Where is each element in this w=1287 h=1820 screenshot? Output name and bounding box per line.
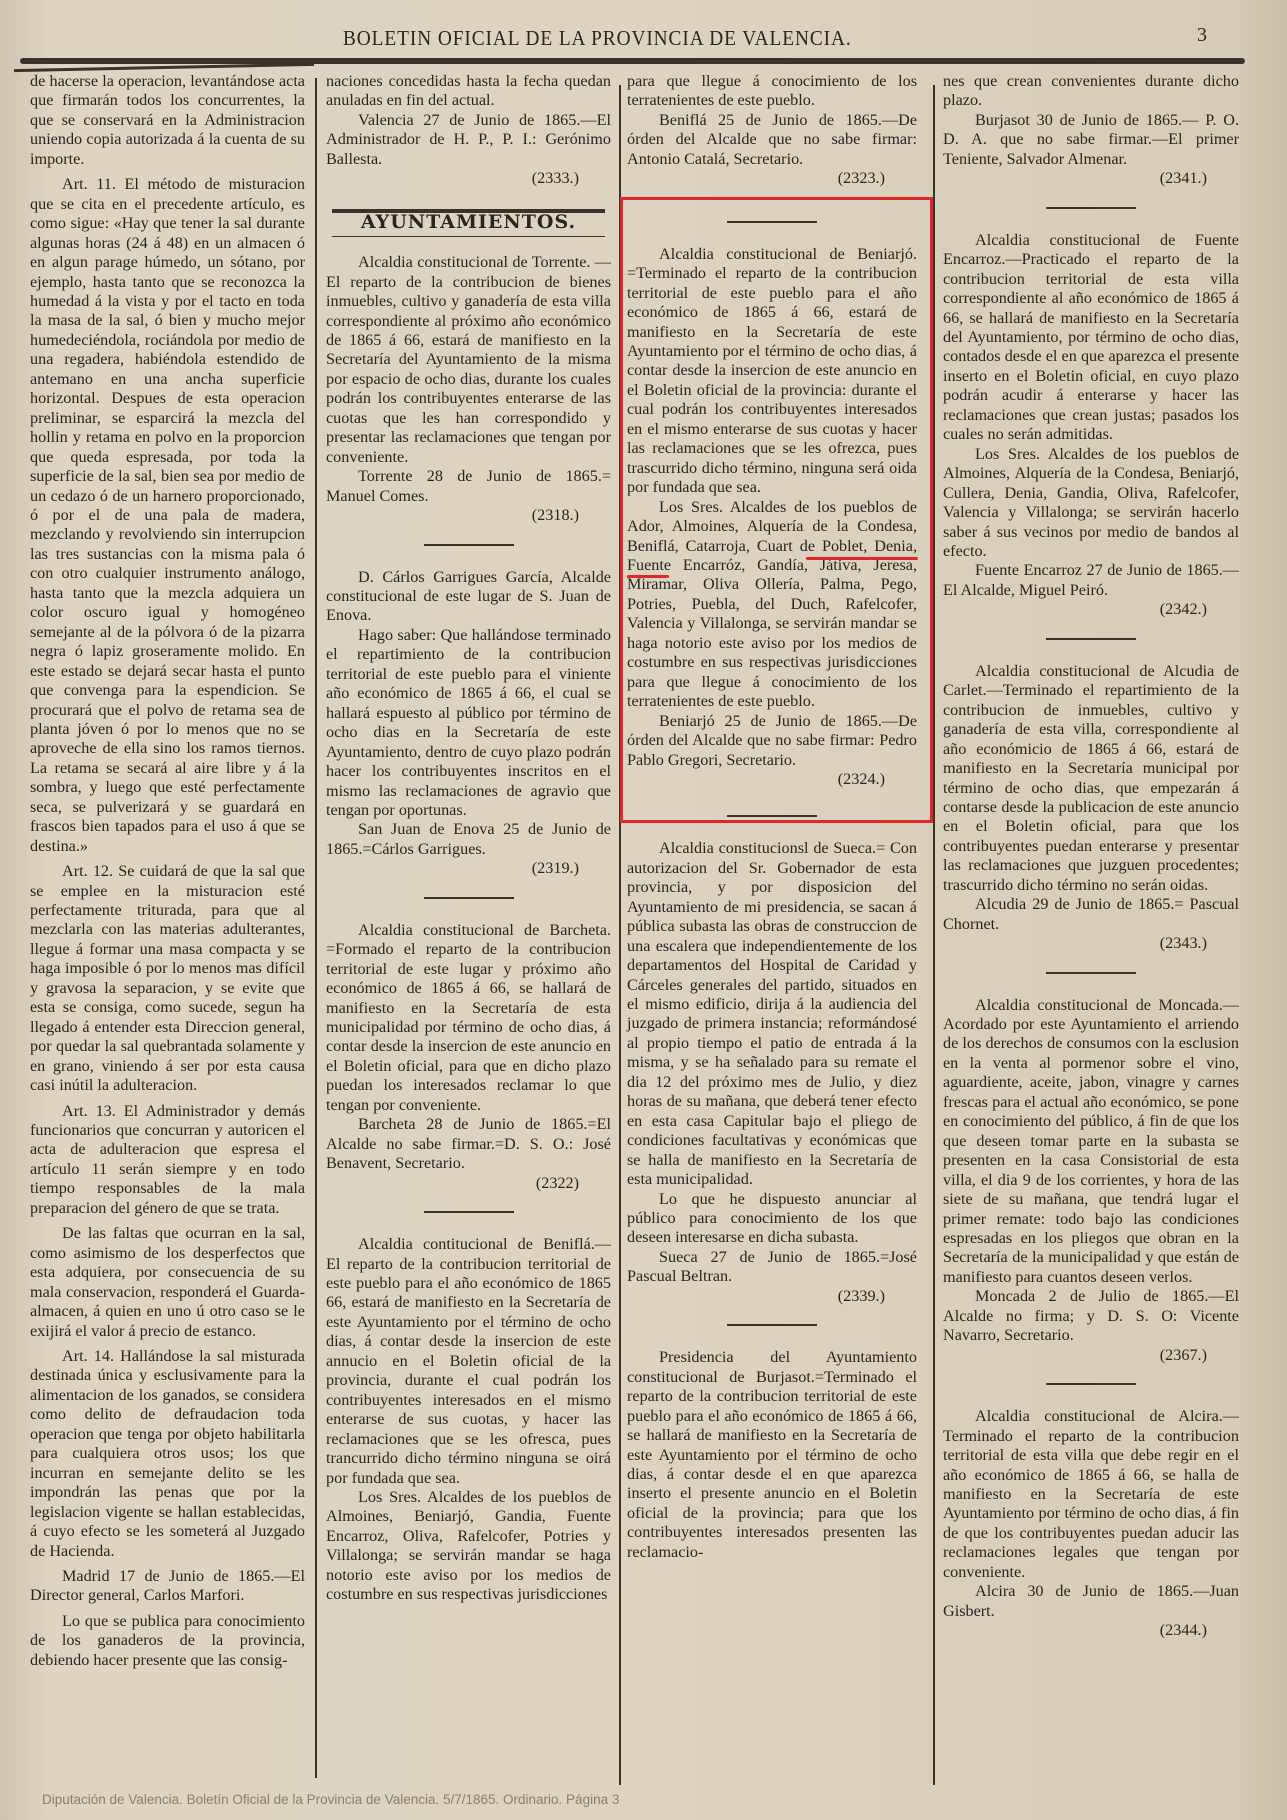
notice-separator xyxy=(424,544,514,546)
masthead: BOLETIN OFICIAL DE LA PROVINCIA DE VALEN… xyxy=(0,22,1287,52)
notice-barcheta: Alcaldia constitucional de Barcheta. =Fo… xyxy=(326,921,611,1193)
notice-body: Alcaldia constitucional de Alcira.— Term… xyxy=(943,1407,1239,1582)
notice-body: Alcaldia constitucional de Moncada.— Aco… xyxy=(943,996,1239,1288)
newspaper-title: BOLETIN OFICIAL DE LA PROVINCIA DE VALEN… xyxy=(343,26,852,51)
reference-number: (2367.) xyxy=(943,1346,1239,1365)
section-rule xyxy=(332,236,605,237)
reference-number: (2339.) xyxy=(627,1287,917,1306)
notice-alcudia-de-carlet: Alcaldia constitucional de Alcudia de Ca… xyxy=(943,662,1239,954)
underline-annotation xyxy=(627,575,669,578)
notice-torrente: Alcaldia constitucional de Torrente. —El… xyxy=(326,253,611,525)
reference-number: (2342.) xyxy=(943,600,1239,619)
notice-signature: Alcudia 29 de Junio de 1865.= Pascual Ch… xyxy=(943,895,1239,934)
notice-separator xyxy=(1046,972,1136,974)
paragraph: Lo que se publica para conocimiento de l… xyxy=(30,1612,305,1670)
notice-body: Lo que he dispuesto anunciar al público … xyxy=(627,1190,917,1248)
column-4: nes que crean convenientes durante dicho… xyxy=(943,72,1239,1641)
notice-signature: Sueca 27 de Junio de 1865.=José Pascual … xyxy=(627,1248,917,1287)
notice-separator xyxy=(1046,207,1136,209)
reference-number: (2344.) xyxy=(943,1621,1239,1640)
signature: Valencia 27 de Junio de 1865.—El Adminis… xyxy=(326,111,611,169)
notice-body: Alcaldia constitucionsl de Sueca.= Con a… xyxy=(627,839,917,1189)
notice-body: Alcaldia constitucional de Barcheta. =Fo… xyxy=(326,921,611,1116)
notice-signature: San Juan de Enova 25 de Junio de 1865.=C… xyxy=(326,820,611,859)
notice-sueca: Alcaldia constitucionsl de Sueca.= Con a… xyxy=(627,839,917,1306)
notice-alcira: Alcaldia constitucional de Alcira.— Term… xyxy=(943,1407,1239,1640)
notice-separator xyxy=(424,1211,514,1213)
paragraph: para que llegue á conocimiento de los te… xyxy=(627,72,917,111)
newspaper-page: BOLETIN OFICIAL DE LA PROVINCIA DE VALEN… xyxy=(0,0,1287,1820)
article-13: Art. 13. El Administrador y demás funcio… xyxy=(30,1102,305,1219)
notice-body: Alcaldia constitucional de Fuente Encarr… xyxy=(943,231,1239,445)
signature: Madrid 17 de Junio de 1865.—El Director … xyxy=(30,1567,305,1606)
notice-benifla: Alcaldia contitucional de Beniflá.— El r… xyxy=(326,1235,611,1605)
reference-number: (2343.) xyxy=(943,934,1239,953)
underline-annotation xyxy=(806,557,918,560)
article-14: Art. 14. Hallándose la sal misturada des… xyxy=(30,1347,305,1561)
reference-number: (2323.) xyxy=(627,169,917,188)
notice-body: Alcaldia constitucional de Torrente. —El… xyxy=(326,253,611,467)
paragraph: nes que crean convenientes durante dicho… xyxy=(943,72,1239,111)
column-1: de hacerse la operacion, levantándose ac… xyxy=(30,72,305,1670)
notice-separator xyxy=(424,897,514,899)
notice-signature: Moncada 2 de Julio de 1865.—El Alcalde n… xyxy=(943,1287,1239,1345)
reference-number: (2333.) xyxy=(326,169,611,188)
notice-body: Presidencia del Ayuntamiento constitucio… xyxy=(627,1348,917,1562)
reference-number: (2341.) xyxy=(943,169,1239,188)
notice-body: Los Sres. Alcaldes de los pueblos de Alm… xyxy=(326,1488,611,1605)
reference-number: (2322) xyxy=(326,1174,611,1193)
notice-moncada: Alcaldia constitucional de Moncada.— Aco… xyxy=(943,996,1239,1366)
notice-body: Alcaldia contitucional de Beniflá.— El r… xyxy=(326,1235,611,1488)
notice-separator xyxy=(1046,1383,1136,1385)
notice-body: Los Sres. Alcaldes de los pueblos de Alm… xyxy=(943,445,1239,562)
notice-san-juan-de-enova: D. Cárlos Garrigues García, Alcalde cons… xyxy=(326,568,611,879)
paragraph: De las faltas que ocurran en la sal, com… xyxy=(30,1224,305,1341)
article-11: Art. 11. El método de misturacion que se… xyxy=(30,175,305,856)
signature: Burjasot 30 de Junio de 1865.— P. O. D. … xyxy=(943,111,1239,169)
header-rule-left xyxy=(14,63,314,72)
paragraph: naciones concedidas hasta la fecha queda… xyxy=(326,72,611,111)
header-rule xyxy=(20,58,1245,64)
column-divider-1 xyxy=(315,78,317,1778)
notice-signature: Torrente 28 de Junio de 1865.= Manuel Co… xyxy=(326,467,611,506)
notice-fuente-encarroz: Alcaldia constitucional de Fuente Encarr… xyxy=(943,231,1239,620)
archive-footer: Diputación de Valencia. Boletín Oficial … xyxy=(42,1792,619,1807)
notice-separator xyxy=(1046,638,1136,640)
notice-burjasot: Presidencia del Ayuntamiento constitucio… xyxy=(627,1348,917,1562)
signature: Beniflá 25 de Junio de 1865.—De órden de… xyxy=(627,111,917,169)
article-12: Art. 12. Se cuidará de que la sal que se… xyxy=(30,862,305,1095)
page-number: 3 xyxy=(1197,24,1207,47)
paragraph: de hacerse la operacion, levantándose ac… xyxy=(30,72,305,169)
column-2: naciones concedidas hasta la fecha queda… xyxy=(326,72,611,1605)
reference-number: (2318.) xyxy=(326,506,611,525)
notice-signature: Barcheta 28 de Junio de 1865.=El Alcalde… xyxy=(326,1115,611,1173)
notice-body: D. Cárlos Garrigues García, Alcalde cons… xyxy=(326,568,611,626)
notice-signature: Fuente Encarroz 27 de Junio de 1865.—El … xyxy=(943,561,1239,600)
column-divider-3 xyxy=(933,85,935,1785)
notice-signature: Alcira 30 de Junio de 1865.—Juan Gisbert… xyxy=(943,1582,1239,1621)
notice-separator xyxy=(727,1324,817,1326)
reference-number: (2319.) xyxy=(326,859,611,878)
section-heading: AYUNTAMIENTOS. xyxy=(326,213,611,232)
notice-body: Hago saber: Que hallándose terminado el … xyxy=(326,626,611,821)
notice-body: Alcaldia constitucional de Alcudia de Ca… xyxy=(943,662,1239,895)
highlight-box xyxy=(620,197,933,823)
